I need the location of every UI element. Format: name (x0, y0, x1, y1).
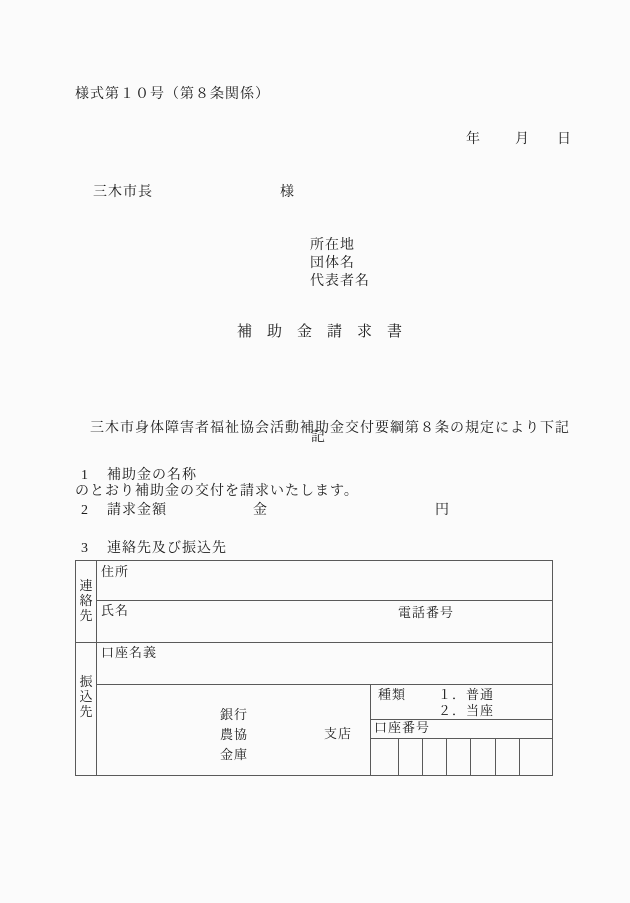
account-number-label: 口座番号 (374, 720, 430, 735)
bank-label: 銀行 (220, 705, 248, 725)
sender-organization-label: 団体名 (310, 255, 370, 273)
phone-number-label: 電話番号 (398, 605, 454, 620)
coop-label: 農協 (220, 725, 248, 745)
contact-section-label: 連絡先 (78, 578, 94, 623)
account-number-cell-divider (398, 738, 399, 775)
item1-number: 1 (81, 468, 89, 484)
account-type-label: 種類 (378, 687, 406, 702)
body-line-2: のとおり補助金の交付を請求いたします。 (75, 481, 570, 502)
account-number-cell-divider (446, 738, 447, 775)
table-line-section-divider (76, 642, 552, 643)
contact-transfer-table: 連絡先 振込先 住所 氏名 電話番号 口座名義 銀行 農協 金庫 支店 種類 １… (75, 560, 553, 776)
subsidy-request-form-page: { "page": { "form_number": "様式第１０号（第８条関係… (0, 0, 630, 903)
account-number-cell-divider (519, 738, 520, 775)
address-label: 住所 (101, 564, 129, 579)
date-year-label: 年 (466, 132, 481, 148)
transfer-section-label: 振込先 (78, 674, 94, 719)
amount-suffix-label: 円 (435, 503, 450, 519)
date-day-label: 日 (557, 132, 572, 148)
account-type-option-current: ２．当座 (438, 703, 494, 718)
account-number-cell-divider (470, 738, 471, 775)
item2-label: 請求金額 (107, 503, 167, 519)
form-number: 様式第１０号（第８条関係） (75, 87, 270, 103)
table-line-under-address (96, 600, 552, 601)
addressee-name: 三木市長 (93, 185, 153, 201)
sender-address-label: 所在地 (310, 237, 370, 255)
account-number-cell-divider (495, 738, 496, 775)
name-label: 氏名 (101, 603, 129, 618)
account-number-cell-divider (422, 738, 423, 775)
table-line-bank-divider (370, 684, 371, 775)
addressee-honorific: 様 (280, 185, 295, 201)
account-holder-label: 口座名義 (101, 645, 157, 660)
branch-label: 支店 (324, 726, 352, 741)
item3-number: 3 (81, 541, 89, 557)
date-month-label: 月 (515, 132, 530, 148)
document-title: 補助金請求書 (237, 324, 417, 341)
sender-block: 所在地 団体名 代表者名 (310, 237, 370, 291)
amount-prefix-label: 金 (253, 503, 268, 519)
item1-label: 補助金の名称 (107, 468, 197, 484)
treasury-label: 金庫 (220, 745, 248, 765)
item2-number: 2 (81, 503, 89, 519)
account-type-option-ordinary: １．普通 (438, 687, 494, 702)
bank-type-block: 銀行 農協 金庫 (220, 705, 248, 765)
item3-label: 連絡先及び振込先 (107, 541, 227, 557)
body-paragraph: 三木市身体障害者福祉協会活動補助金交付要綱第８条の規定により下記 のとおり補助金… (75, 376, 570, 523)
sender-representative-label: 代表者名 (310, 273, 370, 291)
table-line-label-column (96, 561, 97, 775)
record-mark: 記 (311, 430, 326, 446)
table-line-under-account-holder (96, 684, 552, 685)
